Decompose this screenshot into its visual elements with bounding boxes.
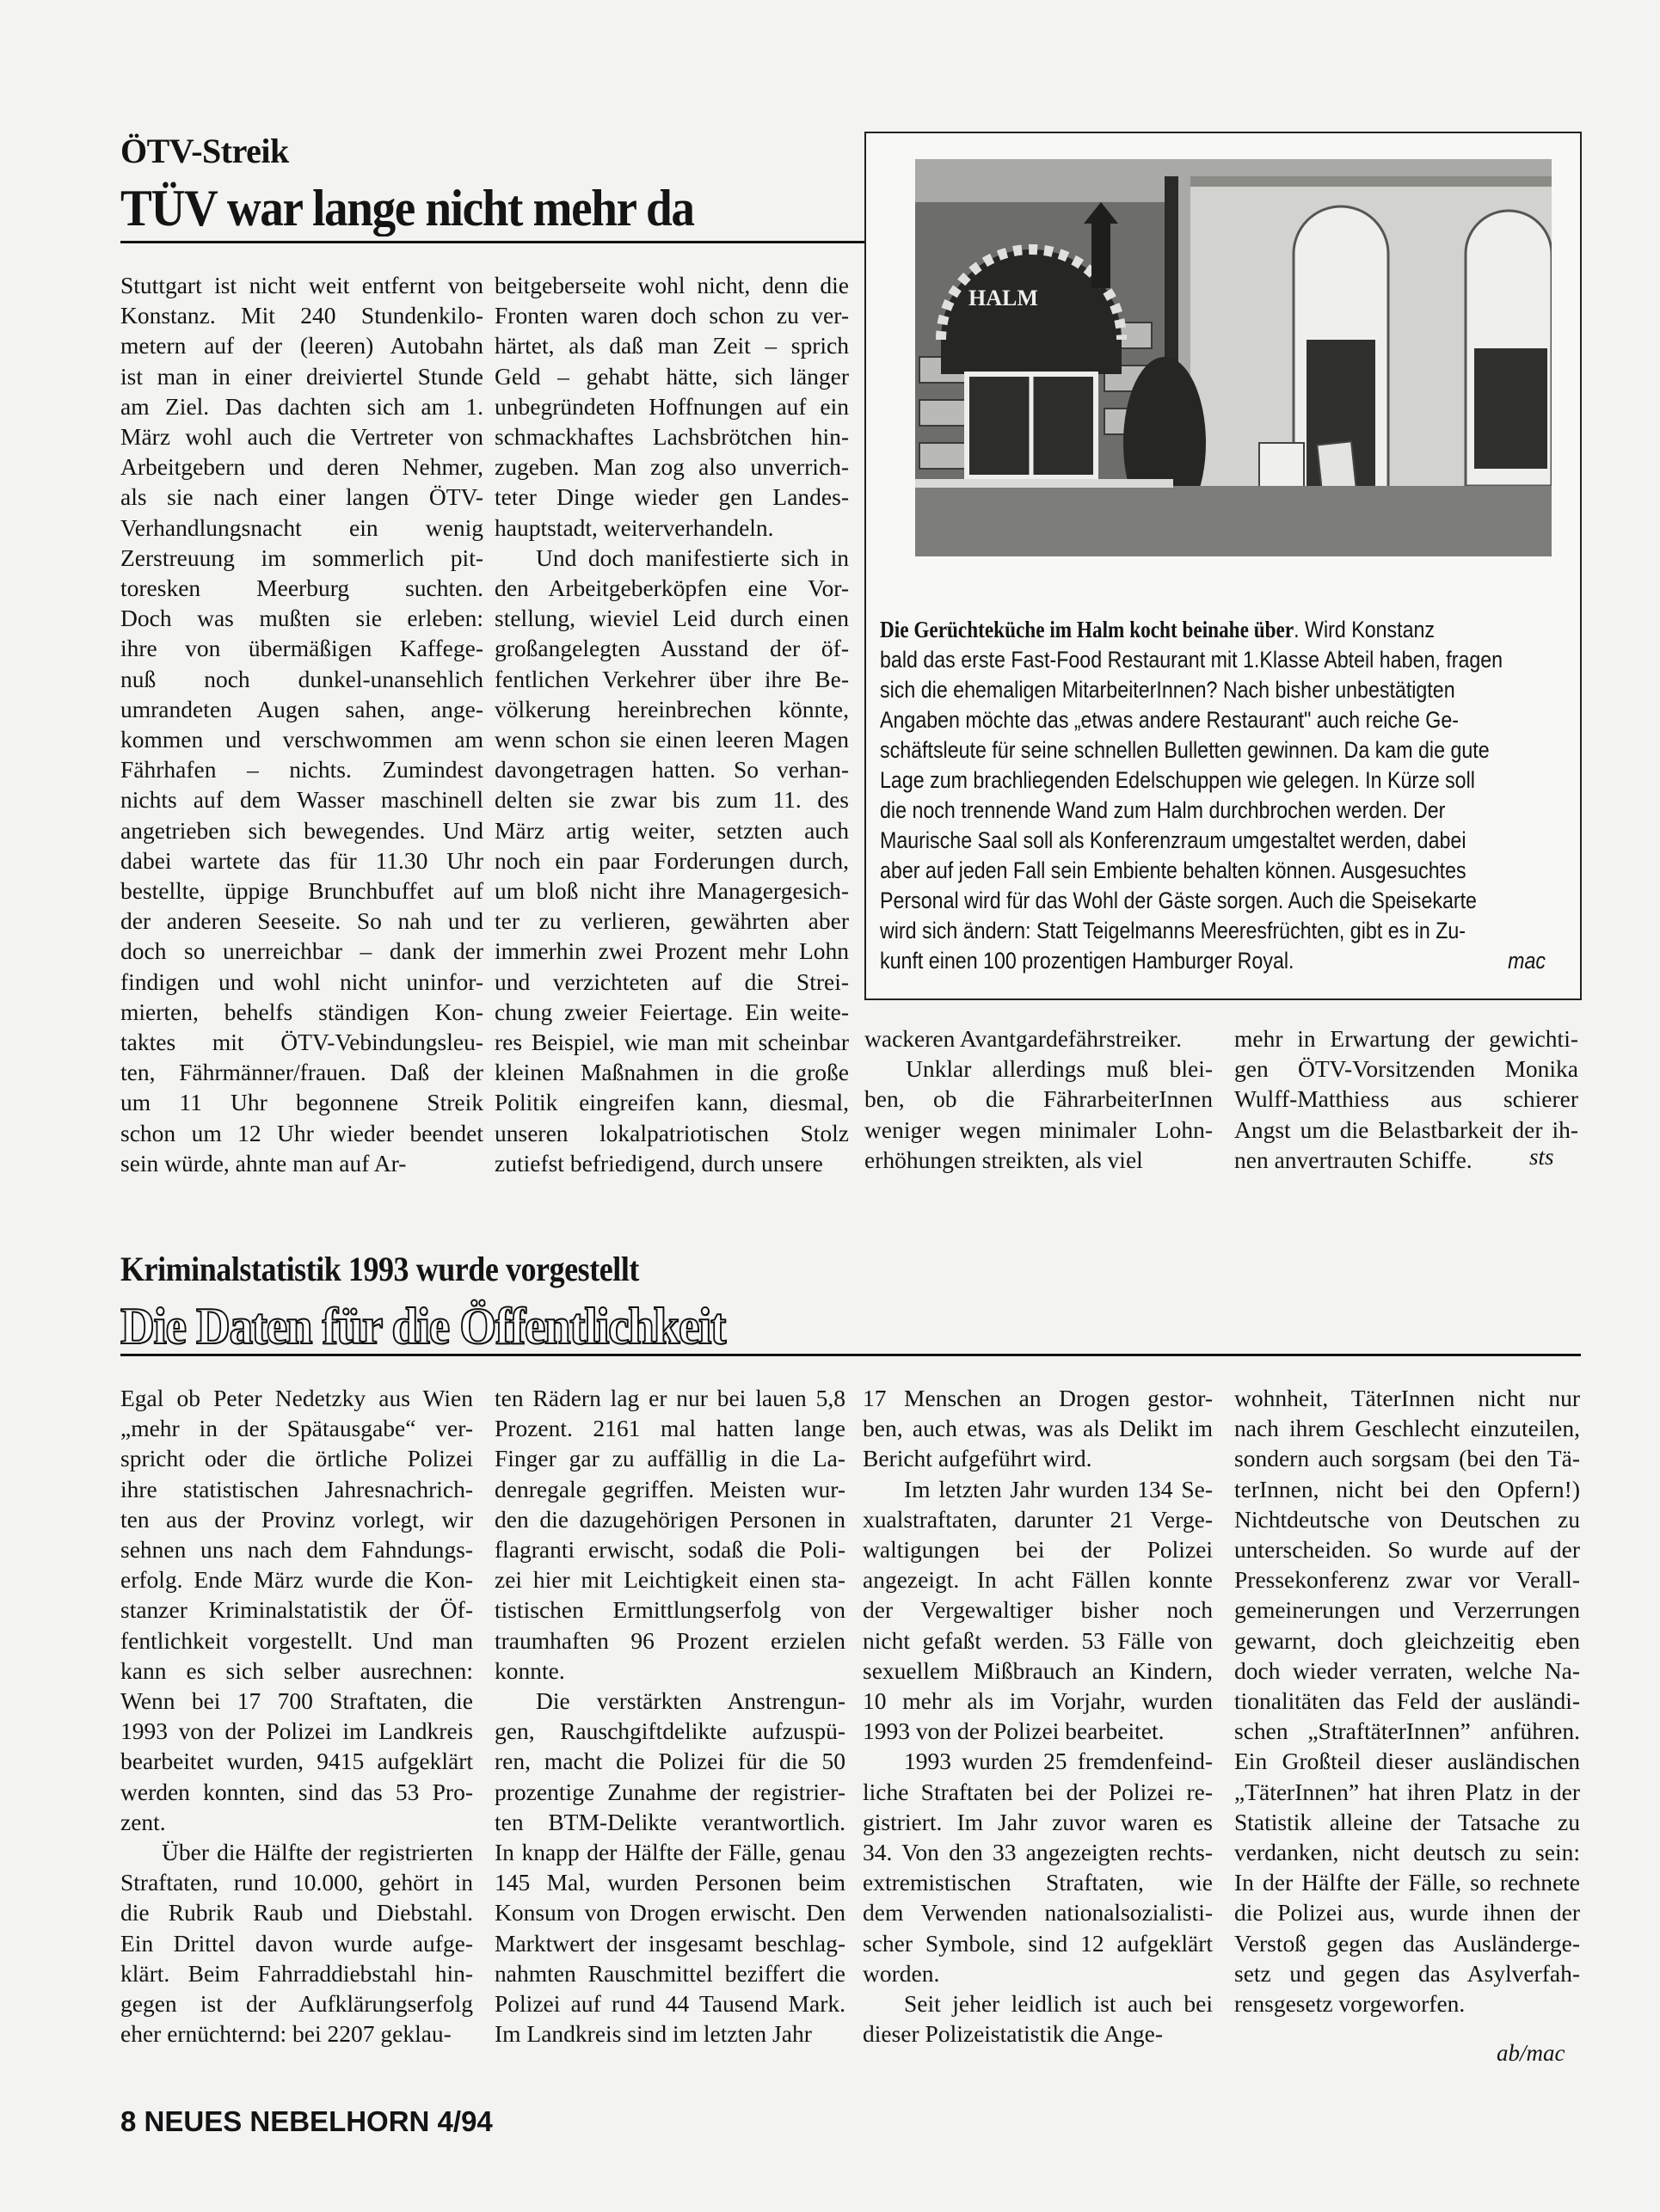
text-line: scher Symbole, sind 12 aufgeklärt	[863, 1928, 1213, 1958]
text-line: terInnen, nicht bei den Opfern!)	[1234, 1474, 1580, 1504]
text-line: erhöhungen streikten, als viel	[864, 1145, 1213, 1175]
text-line: als sie nach einer langen ÖTV-	[120, 482, 483, 512]
text-line: nahmten Rauschmittel beziffert die	[495, 1958, 845, 1988]
text-line: klärt. Beim Fahrraddiebstahl hin-	[120, 1958, 473, 1988]
text-line: kann es sich selber ausrechnen:	[120, 1656, 473, 1686]
text-line: ist man in einer dreiviertel Stunde	[120, 361, 483, 391]
text-line: Doch was mußten sie erleben:	[120, 603, 483, 633]
text-line: Seit jeher leidlich ist auch bei	[863, 1988, 1213, 2018]
text-line: zugeben. Man zog also unverrich-	[495, 452, 849, 482]
text-line: weniger wegen minimaler Lohn-	[864, 1115, 1213, 1145]
text-line: „TäterInnen” hat ihren Platz in der	[1234, 1777, 1580, 1807]
text-line: 17 Menschen an Drogen gestor-	[863, 1383, 1213, 1413]
text-line: Und doch manifestierte sich in	[495, 543, 849, 573]
text-line: „mehr in der Spätausgabe“ ver-	[120, 1413, 473, 1443]
text-line: gewarnt, doch gleichzeitig eben	[1234, 1625, 1580, 1656]
text-line: unterscheiden. So wurde auf der	[1234, 1534, 1580, 1564]
text-line: Konsum von Drogen erwischt. Den	[495, 1897, 845, 1927]
text-line: umrandeten Augen sahen, ange-	[120, 694, 483, 724]
text-line: Angst um die Belastbarkeit der ih-	[1234, 1115, 1578, 1145]
text-line: denregale gegriffen. Meisten wur-	[495, 1474, 845, 1504]
text-line: unbegründeten Hoffnungen auf ein	[495, 391, 849, 421]
text-line: Ein Drittel davon wurde aufge-	[120, 1928, 473, 1958]
text-line: immerhin zwei Prozent mehr Lohn	[495, 936, 849, 966]
text-line: fentlichkeit vorgestellt. Und man	[120, 1625, 473, 1656]
text-line: Politik eingreifen kann, diesmal,	[495, 1087, 849, 1117]
text-line: wenn schon sie einen leeren Magen	[495, 724, 849, 754]
text-line: xualstraftaten, darunter 21 Verge-	[863, 1504, 1213, 1534]
text-line: Geld – gehabt hätte, sich länger	[495, 361, 849, 391]
text-line: 145 Mal, wurden Personen beim	[495, 1867, 845, 1897]
text-line: 1993 von der Polizei im Landkreis	[120, 1716, 473, 1746]
text-line: Verhandlungsnacht ein wenig	[120, 513, 483, 543]
article2-column-4: wohnheit, TäterInnen nicht nurnach ihrem…	[1234, 1383, 1580, 2018]
text-line: nicht gefaßt werden. 53 Fälle von	[863, 1625, 1213, 1656]
text-line: In der Hälfte der Fälle, so rechnete	[1234, 1867, 1580, 1897]
text-line: Stuttgart ist nicht weit entfernt von	[120, 270, 483, 300]
text-line: der Vergewaltiger bisher noch	[863, 1594, 1213, 1625]
text-line: Statistik alleine der Tatsache zu	[1234, 1807, 1580, 1837]
text-line: Im letzten Jahr wurden 134 Se-	[863, 1474, 1213, 1504]
text-line: kommen und verschwommen am	[120, 724, 483, 754]
text-line: ten Rädern lag er nur bei lauen 5,8	[495, 1383, 845, 1413]
text-line: bearbeitet wurden, 9415 aufgeklärt	[120, 1746, 473, 1776]
text-line: sexuellem Mißbrauch an Kindern,	[863, 1656, 1213, 1686]
text-line: zent.	[120, 1807, 473, 1837]
article1-headline-rule	[120, 241, 869, 243]
text-line: ihre von übermäßigen Kaffege-	[120, 633, 483, 663]
text-line: metern auf der (leeren) Autobahn	[120, 330, 483, 360]
text-line: fentlichen Verkehrer über ihre Be-	[495, 664, 849, 694]
building-facade-image: HALM	[915, 159, 1552, 556]
text-line: Die verstärkten Anstrengun-	[495, 1686, 845, 1716]
article1-column-4: mehr in Erwartung der gewichti-gen ÖTV-V…	[1234, 1023, 1578, 1175]
text-line: taktes mit ÖTV-Vebindungsleu-	[120, 1027, 483, 1057]
text-line: um 11 Uhr begonnene Streik	[120, 1087, 483, 1117]
text-line: sein würde, ahnte man auf Ar-	[120, 1148, 483, 1178]
text-line: dem Verwenden nationalsozialisti-	[863, 1897, 1213, 1927]
text-line: zutiefst befriedigend, durch unsere	[495, 1148, 849, 1178]
caption-line: Lage zum brachliegenden Edelschuppen wie…	[880, 765, 1546, 796]
caption-signature: mac	[1508, 946, 1546, 976]
text-line: erfolg. Ende März wurde die Kon-	[120, 1564, 473, 1594]
text-line: Zerstreuung im sommerlich pit-	[120, 543, 483, 573]
text-line: Wulff-Matthiess aus schierer	[1234, 1084, 1578, 1114]
text-line: Finger gar zu auffällig in die La-	[495, 1443, 845, 1473]
text-line: Marktwert der insgesamt beschlag-	[495, 1928, 845, 1958]
page-footer: 8 NEUES NEBELHORN 4/94	[120, 2105, 493, 2138]
text-line: Fronten waren doch schon zu ver-	[495, 300, 849, 330]
text-line: ihre statistischen Jahresnachrich-	[120, 1474, 473, 1504]
text-line: stanzer Kriminalstatistik der Öf-	[120, 1594, 473, 1625]
text-line: flagranti erwischt, sodaß die Poli-	[495, 1534, 845, 1564]
text-line: tistischen Ermittlungserfolg von	[495, 1594, 845, 1625]
text-line: sondern auch sorgsam (bei den Tä-	[1234, 1443, 1580, 1473]
text-line: ten BTM-Delikte verantwortlich.	[495, 1807, 845, 1837]
text-line: konnte.	[495, 1656, 845, 1686]
text-line: findigen und wohl nicht uninfor-	[120, 967, 483, 997]
text-line: 1993 von der Polizei bearbeitet.	[863, 1716, 1213, 1746]
text-line: und verzichteten auf die Strei-	[495, 967, 849, 997]
text-line: Egal ob Peter Nedetzky aus Wien	[120, 1383, 473, 1413]
text-line: Im Landkreis sind im letzten Jahr	[495, 2018, 845, 2049]
text-line: gistriert. Im Jahr zuvor waren es	[863, 1807, 1213, 1837]
text-line: teter Dinge wieder gen Landes-	[495, 482, 849, 512]
text-line: eher ernüchternd: bei 2207 geklau-	[120, 2018, 473, 2049]
text-line: nuß noch dunkel-unansehlich	[120, 664, 483, 694]
text-line: prozentige Zunahme der registrier-	[495, 1777, 845, 1807]
text-line: verdanken, nicht deutsch zu sein:	[1234, 1837, 1580, 1867]
text-line: traumhaften 96 Prozent erzielen	[495, 1625, 845, 1656]
article2-headline-rule	[120, 1354, 1581, 1356]
text-line: nichts auf dem Wasser maschinell	[120, 784, 483, 814]
article2-column-2: ten Rädern lag er nur bei lauen 5,8Proze…	[495, 1383, 845, 2049]
caption-line: wird sich ändern: Statt Teigelmanns Meer…	[880, 916, 1546, 946]
text-line: angetrieben sich bewegendes. Und	[120, 815, 483, 845]
text-line: ben, auch etwas, was als Delikt im	[863, 1413, 1213, 1443]
text-line: Unklar allerdings muß blei-	[864, 1054, 1213, 1084]
text-line: tionalitäten das Feld der ausländi-	[1234, 1686, 1580, 1716]
text-line: März wohl auch die Vertreter von	[120, 421, 483, 452]
text-line: 34. Von den 33 angezeigten rechts-	[863, 1837, 1213, 1867]
text-line: kleinen Maßnahmen in die große	[495, 1057, 849, 1087]
text-line: schon um 12 Uhr wieder beendet	[120, 1118, 483, 1148]
article1-column-3: wackeren Avantgardefährstreiker.Unklar a…	[864, 1023, 1213, 1175]
text-line: ren, macht die Polizei für die 50	[495, 1746, 845, 1776]
text-line: rensgesetz vorgeworfen.	[1234, 1988, 1580, 2018]
text-line: noch ein paar Forderungen durch,	[495, 845, 849, 876]
text-line: dabei wartete das für 11.30 Uhr	[120, 845, 483, 876]
text-line: waltigungen bei der Polizei	[863, 1534, 1213, 1564]
text-line: Arbeitgebern und deren Nehmer,	[120, 452, 483, 482]
text-line: angezeigt. In acht Fällen konnte	[863, 1564, 1213, 1594]
text-line: schen „StraftäterInnen” anführen.	[1234, 1716, 1580, 1746]
text-line: setz und gegen das Asylverfah-	[1234, 1958, 1580, 1988]
halm-sign-text: HALM	[968, 286, 1038, 310]
text-line: wackeren Avantgardefährstreiker.	[864, 1023, 1213, 1054]
text-line: 1993 wurden 25 fremdenfeind-	[863, 1746, 1213, 1776]
text-line: stellung, wieviel Leid durch einen	[495, 603, 849, 633]
text-line: extremistischen Straftaten, wie	[863, 1867, 1213, 1897]
text-line: res Beispiel, wie man mit scheinbar	[495, 1027, 849, 1057]
text-line: die Rubrik Raub und Diebstahl.	[120, 1897, 473, 1927]
text-line: den Arbeitgeberköpfen eine Vor-	[495, 573, 849, 603]
text-line: zei hier mit Leichtigkeit einen sta-	[495, 1564, 845, 1594]
caption-line: . Wird Konstanz	[1294, 617, 1435, 642]
text-line: März artig weiter, setzten auch	[495, 815, 849, 845]
text-line: werden konnten, sind das 53 Pro-	[120, 1777, 473, 1807]
text-line: wohnheit, TäterInnen nicht nur	[1234, 1383, 1580, 1413]
text-line: Polizei auf rund 44 Tausend Mark.	[495, 1988, 845, 2018]
text-line: großangelegten Ausstand der öf-	[495, 633, 849, 663]
article1-column-1: Stuttgart ist nicht weit entfernt vonKon…	[120, 270, 483, 1178]
text-line: unseren lokalpatriotischen Stolz	[495, 1118, 849, 1148]
text-line: ben, ob die FährarbeiterInnen	[864, 1084, 1213, 1114]
text-line: toresken Meerburg suchten.	[120, 573, 483, 603]
text-line: Wenn bei 17 700 Straftaten, die	[120, 1686, 473, 1716]
text-line: In knapp der Hälfte der Fälle, genau	[495, 1837, 845, 1867]
caption-line: Maurische Saal soll als Konferenzraum um…	[880, 826, 1546, 856]
text-line: völkerung hereinbrechen könnte,	[495, 694, 849, 724]
text-line: härtet, als daß man Zeit – sprich	[495, 330, 849, 360]
caption-line: sich die ehemaligen MitarbeiterInnen? Na…	[880, 675, 1546, 705]
text-line: doch so unerreichbar – dank der	[120, 936, 483, 966]
caption-line: kunft einen 100 prozentigen Hamburger Ro…	[880, 948, 1294, 974]
text-line: Fährhafen – nichts. Zumindest	[120, 754, 483, 784]
photo-caption: Die Gerüchteküche im Halm kocht beinahe …	[880, 615, 1546, 976]
text-line: sehnen uns nach dem Fahndungs-	[120, 1534, 473, 1564]
text-line: gegen ist der Aufklärungserfolg	[120, 1988, 473, 2018]
text-line: Verstoß gegen das Ausländerge-	[1234, 1928, 1580, 1958]
text-line: gen, Rauschgiftdelikte aufzuspü-	[495, 1716, 845, 1746]
caption-line: schäftsleute für seine schnellen Bullett…	[880, 735, 1546, 765]
text-line: gen ÖTV-Vorsitzenden Monika	[1234, 1054, 1578, 1084]
article1-column-2: beitgeberseite wohl nicht, denn dieFront…	[495, 270, 849, 1178]
article2-column-1: Egal ob Peter Nedetzky aus Wien„mehr in …	[120, 1383, 473, 2049]
text-line: hauptstadt, weiterverhandeln.	[495, 513, 849, 543]
text-line: nen anvertrauten Schiffe.	[1234, 1145, 1578, 1175]
photo-box: HALM Die Gerüchteküche im Halm	[864, 132, 1582, 1000]
text-line: ten, Fährmänner/frauen. Daß der	[120, 1057, 483, 1087]
article1-headline: TÜV war lange nicht mehr da	[120, 179, 694, 238]
text-line: Prozent. 2161 mal hatten lange	[495, 1413, 845, 1443]
text-line: Pressekonferenz zwar vor Verall-	[1234, 1564, 1580, 1594]
text-line: 10 mehr als im Vorjahr, wurden	[863, 1686, 1213, 1716]
text-line: ter zu verlieren, gewährten aber	[495, 906, 849, 936]
text-line: nach ihrem Geschlecht einzuteilen,	[1234, 1413, 1580, 1443]
text-line: Nichtdeutsche von Deutschen zu	[1234, 1504, 1580, 1534]
caption-line: aber auf jeden Fall sein Embiente behalt…	[880, 856, 1546, 886]
text-line: spricht oder die örtliche Polizei	[120, 1443, 473, 1473]
article2-headline: Die Daten für die Öffentlichkeit	[120, 1297, 725, 1356]
text-line: liche Straftaten bei der Polizei re-	[863, 1777, 1213, 1807]
text-line: mierten, behelfs ständigen Kon-	[120, 997, 483, 1027]
text-line: Straftaten, rund 10.000, gehört in	[120, 1867, 473, 1897]
text-line: der anderen Seeseite. So nah und	[120, 906, 483, 936]
text-line: Ein Großteil dieser ausländischen	[1234, 1746, 1580, 1776]
text-line: mehr in Erwartung der gewichti-	[1234, 1023, 1578, 1054]
text-line: worden.	[863, 1958, 1213, 1988]
text-line: delten sie zwar bis zum 11. des	[495, 784, 849, 814]
text-line: am Ziel. Das dachten sich am 1.	[120, 391, 483, 421]
article1-kicker: ÖTV-Streik	[120, 131, 289, 171]
text-line: schmackhaftes Lachsbrötchen hin-	[495, 421, 849, 452]
text-line: um bloß nicht ihre Managergesich-	[495, 876, 849, 906]
text-line: doch wieder verraten, welche Na-	[1234, 1656, 1580, 1686]
text-line: chung zweier Feiertage. Ein weite-	[495, 997, 849, 1027]
text-line: den die dazugehörigen Personen in	[495, 1504, 845, 1534]
article2-kicker: Kriminalstatistik 1993 wurde vorgestellt	[120, 1249, 639, 1289]
text-line: ten aus der Provinz vorlegt, wir	[120, 1504, 473, 1534]
caption-line: die noch trennende Wand zum Halm durchbr…	[880, 796, 1546, 826]
article1-signature: sts	[1529, 1144, 1554, 1171]
photo-halm-building: HALM	[915, 159, 1552, 556]
text-line: Konstanz. Mit 240 Stundenkilo-	[120, 300, 483, 330]
text-line: gemeinerungen und Verzerrungen	[1234, 1594, 1580, 1625]
caption-bold-lead: Die Gerüchteküche im Halm kocht beinahe …	[880, 617, 1294, 642]
article2-column-3: 17 Menschen an Drogen gestor-ben, auch e…	[863, 1383, 1213, 2049]
article2-signature: ab/mac	[1497, 2040, 1565, 2067]
text-line: die Polizei aus, wurde ihnen der	[1234, 1897, 1580, 1927]
text-line: bestellte, üppige Brunchbuffet auf	[120, 876, 483, 906]
caption-line: bald das erste Fast-Food Restaurant mit …	[880, 645, 1546, 675]
caption-line: Personal wird für das Wohl der Gäste sor…	[880, 886, 1546, 916]
text-line: Bericht aufgeführt wird.	[863, 1443, 1213, 1473]
text-line: beitgeberseite wohl nicht, denn die	[495, 270, 849, 300]
text-line: dieser Polizeistatistik die Ange-	[863, 2018, 1213, 2049]
text-line: davongetragen hatten. So verhan-	[495, 754, 849, 784]
text-line: Über die Hälfte der registrierten	[120, 1837, 473, 1867]
caption-line: Angaben möchte das „etwas andere Restaur…	[880, 705, 1546, 735]
